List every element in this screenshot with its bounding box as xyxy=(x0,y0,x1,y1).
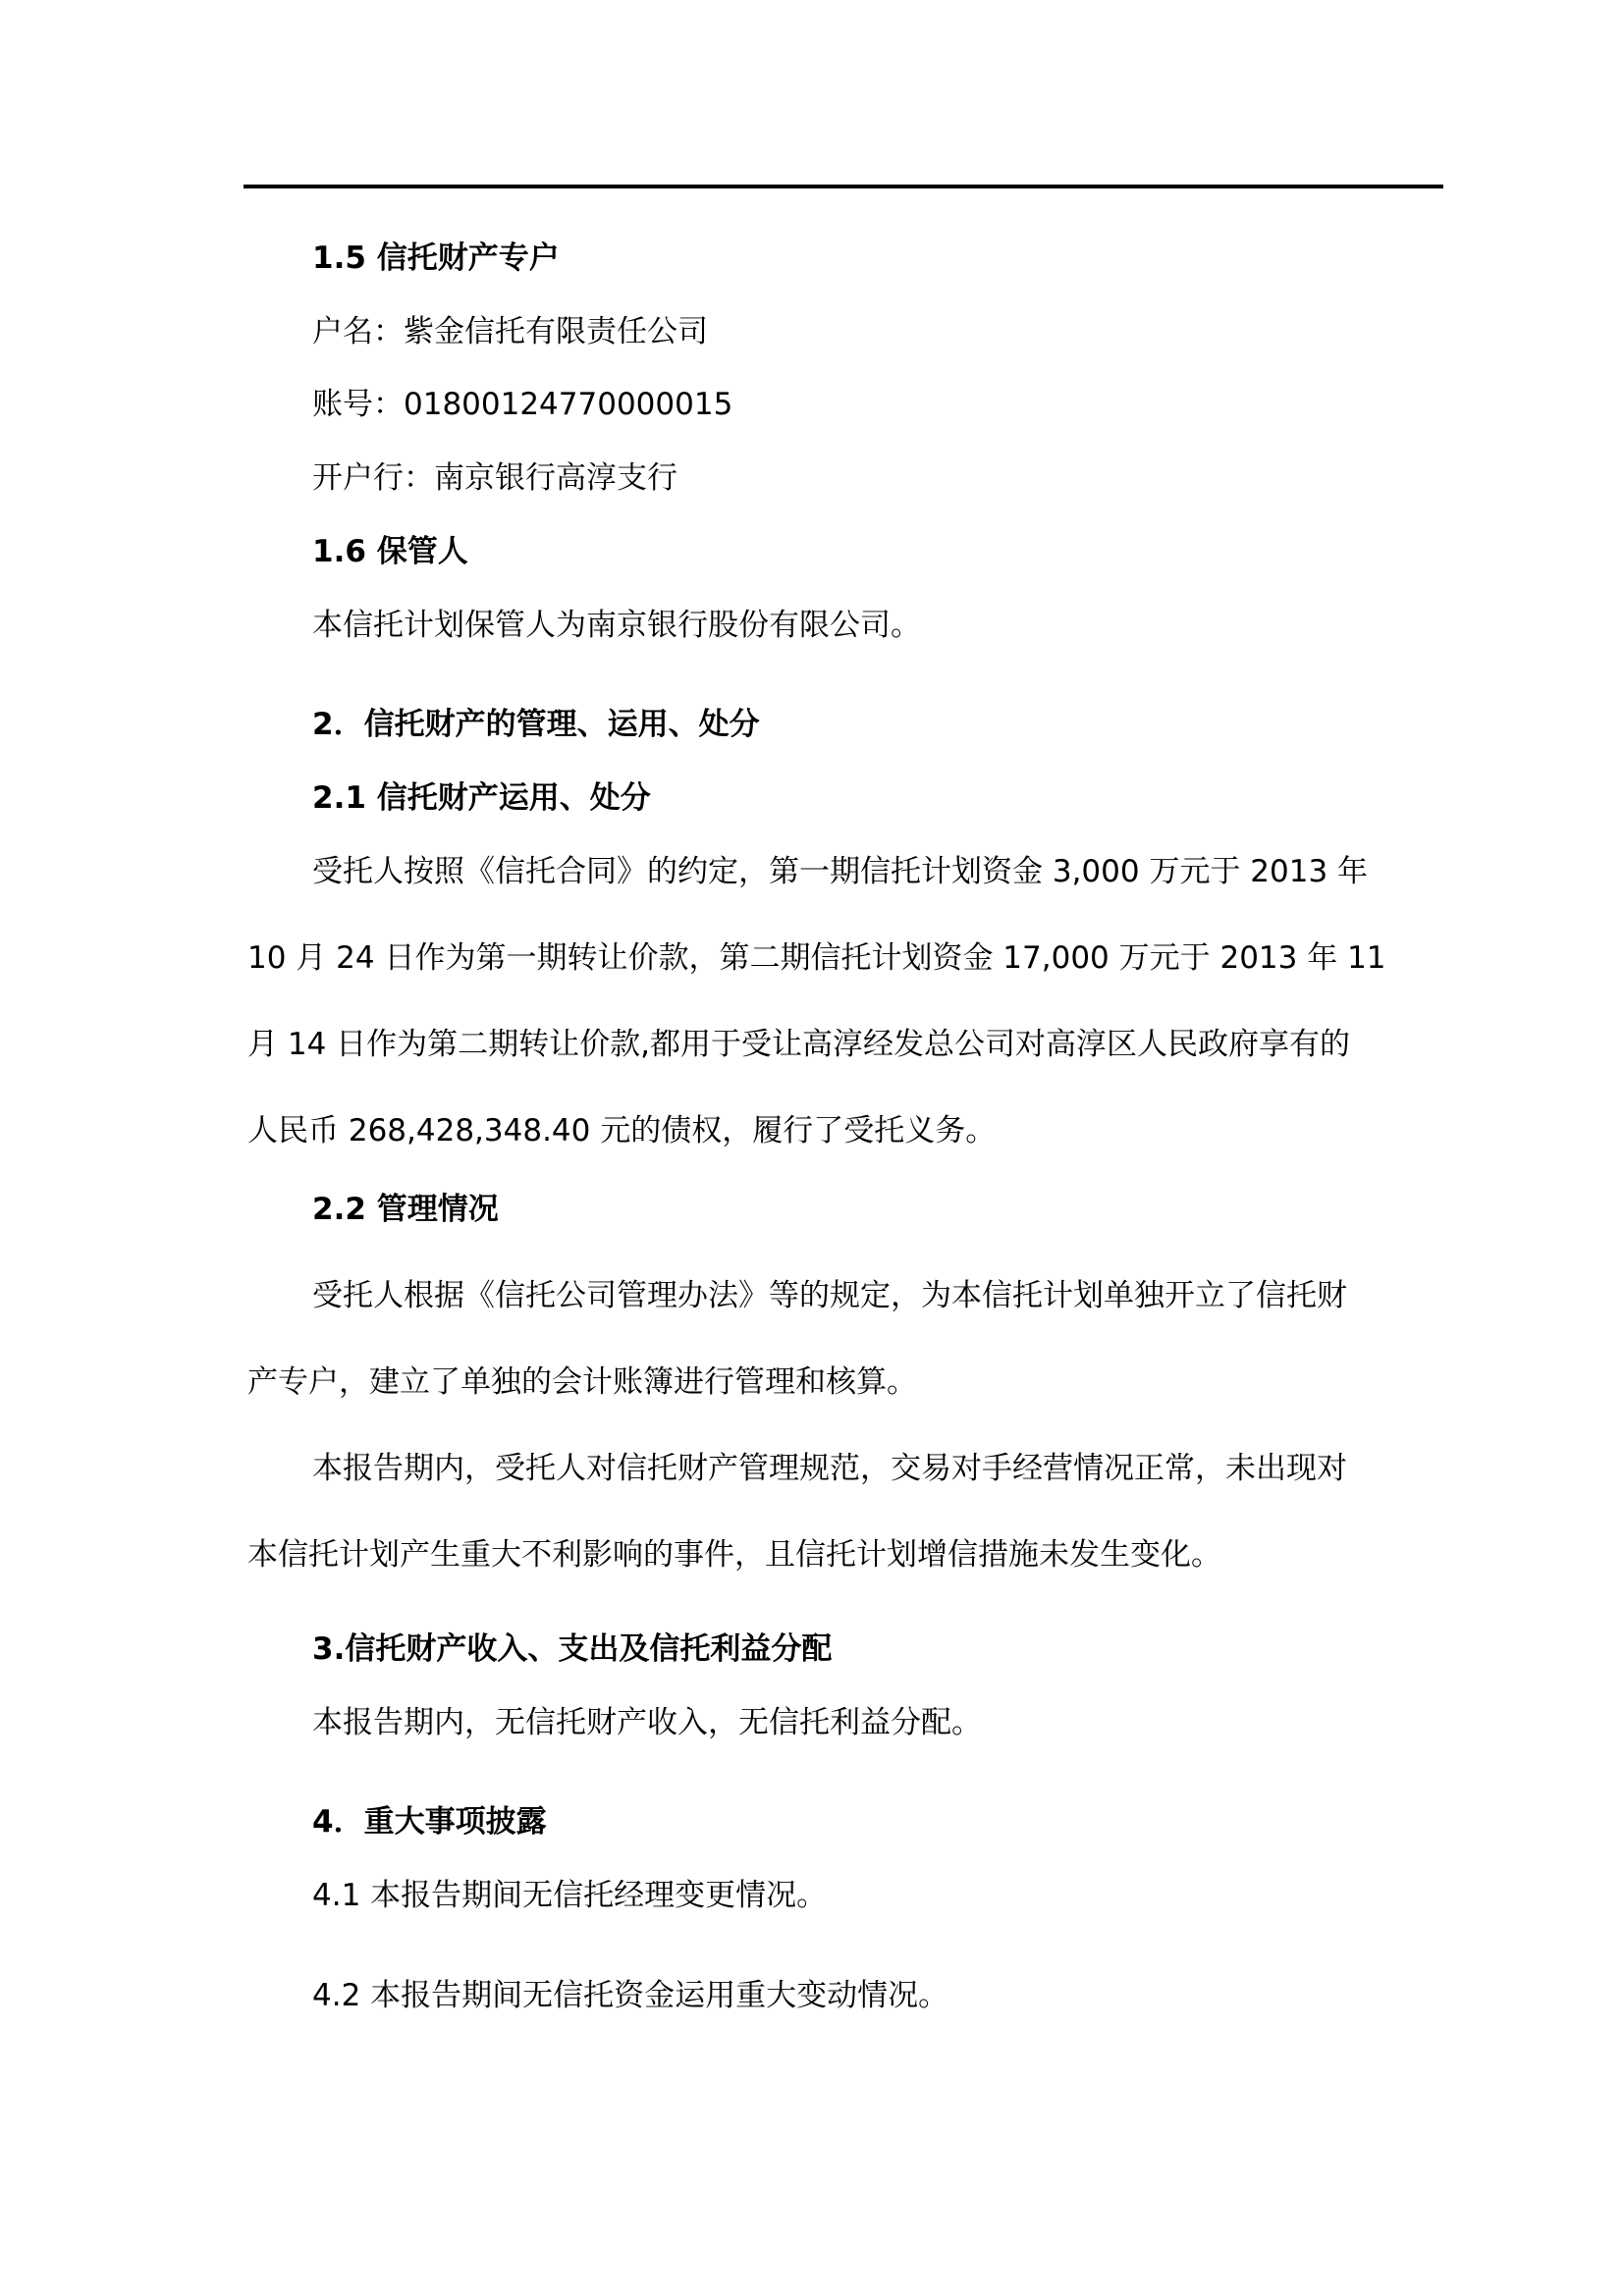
para-2-2-line: 本信托计划产生重大不利影响的事件，且信托计划增信措施未发生变化。 xyxy=(247,1535,1221,1575)
account-name: 户名：紫金信托有限责任公司 xyxy=(312,312,708,351)
para-2-1-line: 月 14 日作为第二期转让价款,都用于受让高淳经发总公司对高淳区人民政府享有的 xyxy=(247,1025,1350,1064)
item-4-2: 4.2 本报告期间无信托资金运用重大变动情况。 xyxy=(312,1976,948,2015)
heading-4: 4．重大事项披露 xyxy=(312,1802,547,1842)
heading-2-2: 2.2 管理情况 xyxy=(312,1190,499,1229)
opening-bank: 开户行：南京银行高淳支行 xyxy=(312,458,677,498)
para-2-2-line: 产专户，建立了单独的会计账簿进行管理和核算。 xyxy=(247,1362,917,1402)
heading-1-6: 1.6 保管人 xyxy=(312,532,468,571)
heading-3: 3.信托财产收入、支出及信托利益分配 xyxy=(312,1629,832,1669)
custodian-text: 本信托计划保管人为南京银行股份有限公司。 xyxy=(312,606,921,645)
para-2-1-line: 人民币 268,428,348.40 元的债权，履行了受托义务。 xyxy=(247,1111,996,1150)
item-4-1: 4.1 本报告期间无信托经理变更情况。 xyxy=(312,1876,827,1915)
heading-1-5: 1.5 信托财产专户 xyxy=(312,239,560,278)
para-2-2-line: 受托人根据《信托公司管理办法》等的规定，为本信托计划单独开立了信托财 xyxy=(312,1276,1347,1315)
heading-2: 2．信托财产的管理、运用、处分 xyxy=(312,705,760,744)
para-2-1-line: 受托人按照《信托合同》的约定，第一期信托计划资金 3,000 万元于 2013 … xyxy=(312,852,1368,891)
heading-2-1: 2.1 信托财产运用、处分 xyxy=(312,778,651,818)
header-rule xyxy=(244,185,1443,188)
section-3-text: 本报告期内，无信托财产收入，无信托利益分配。 xyxy=(312,1703,982,1742)
para-2-1-line: 10 月 24 日作为第一期转让价款，第二期信托计划资金 17,000 万元于 … xyxy=(247,938,1386,978)
para-2-2-line: 本报告期内，受托人对信托财产管理规范，交易对手经营情况正常，未出现对 xyxy=(312,1449,1347,1488)
account-number: 账号：01800124770000015 xyxy=(312,385,732,424)
